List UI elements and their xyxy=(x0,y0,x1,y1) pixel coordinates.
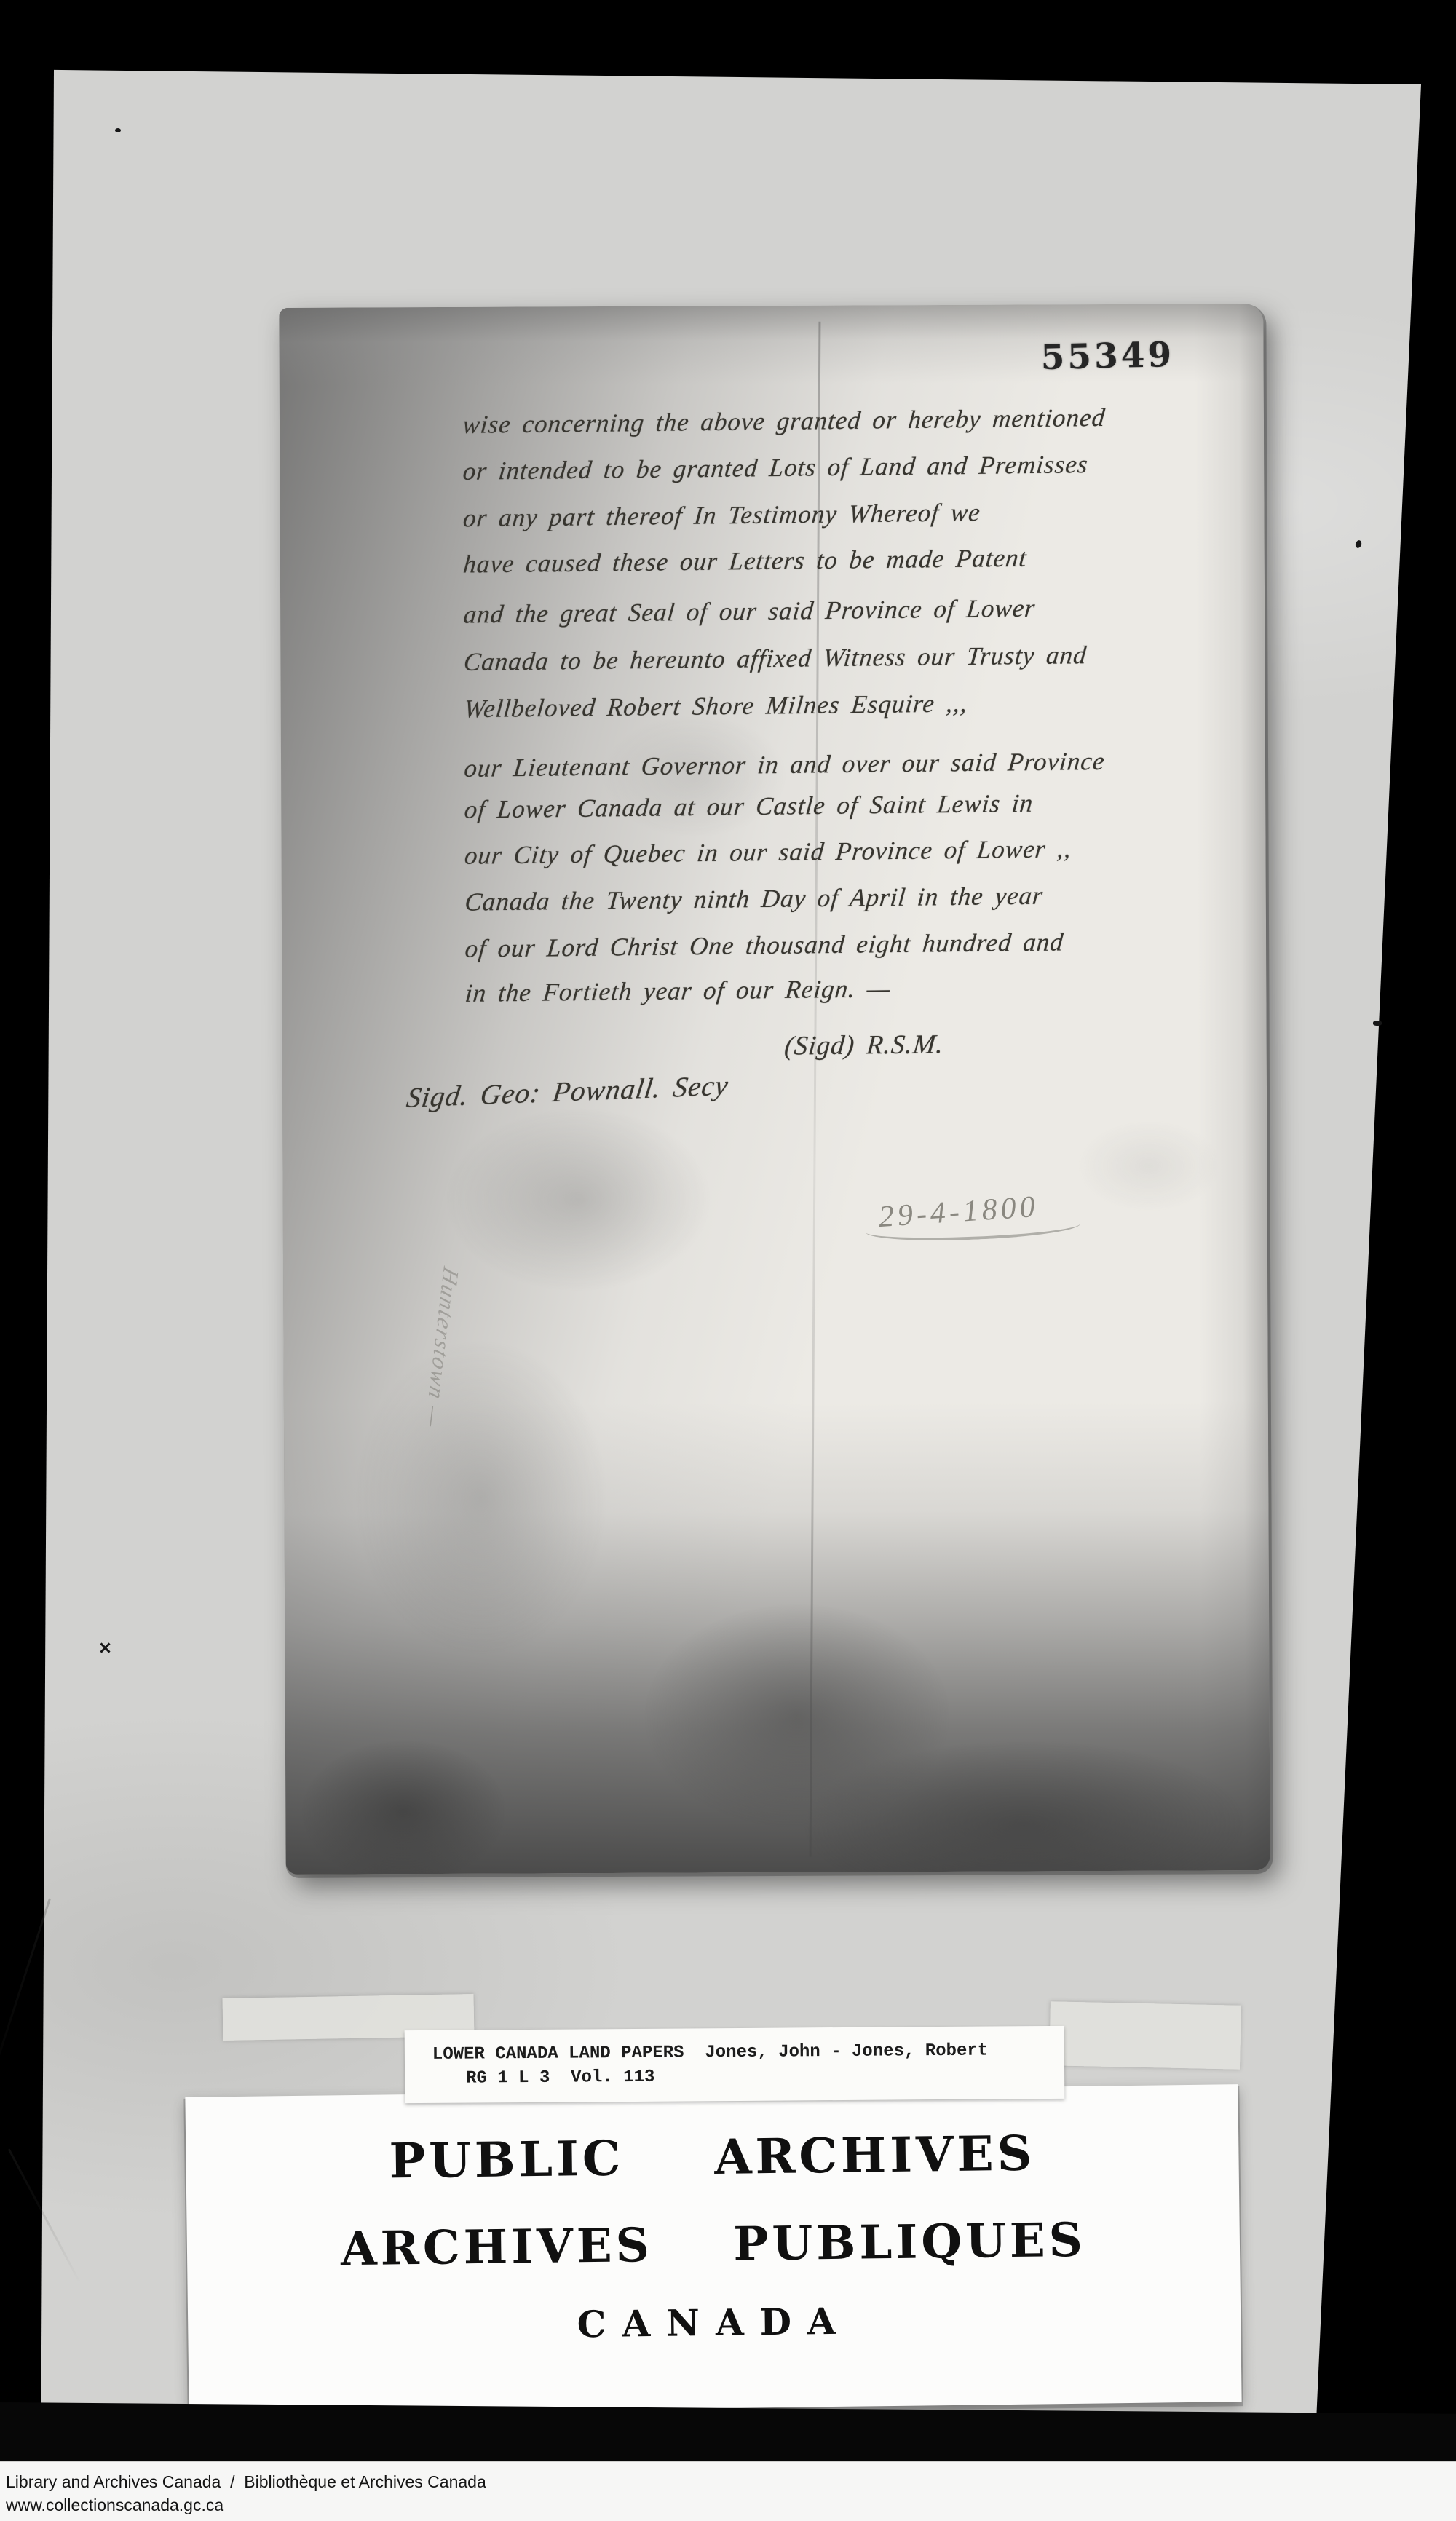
manuscript-line: or any part thereof In Testimony Whereof… xyxy=(462,498,981,533)
manuscript-line: wise concerning the above granted or her… xyxy=(462,403,1107,440)
manuscript-line: Canada the Twenty ninth Day of April in … xyxy=(464,882,1045,917)
dust-speck xyxy=(115,128,121,132)
manuscript-line: our City of Quebec in our said Province … xyxy=(463,834,1072,870)
lac-footer-institution: Library and Archives Canada / Bibliothèq… xyxy=(6,2471,1456,2493)
reference-collection-line: LOWER CANADA LAND PAPERS Jones, John - J… xyxy=(432,2041,1064,2065)
manuscript-line: Wellbeloved Robert Shore Milnes Esquire … xyxy=(463,689,969,724)
reference-volume-line: RG 1 L 3 Vol. 113 xyxy=(466,2065,1064,2089)
folio-number-stamp: 55349 xyxy=(1040,335,1175,378)
lac-footer: Library and Archives Canada / Bibliothèq… xyxy=(0,2461,1456,2521)
secretary-countersignature: Sigd. Geo: Pownall. Secy xyxy=(405,1069,731,1115)
archives-title-canada: CANADA xyxy=(188,2295,1241,2351)
manuscript-line: have caused these our Letters to be made… xyxy=(462,544,1029,579)
vertical-margin-annotation: Hunterstown — xyxy=(419,1264,464,1433)
typed-reference-label: LOWER CANADA LAND PAPERS Jones, John - J… xyxy=(405,2026,1065,2103)
manuscript-line: Canada to be hereunto affixed Witness ou… xyxy=(462,641,1088,677)
governor-initials-signature: (Sigd) R.S.M. xyxy=(783,1029,946,1061)
manuscript-line: of our Lord Christ One thousand eight hu… xyxy=(464,927,1065,963)
lac-footer-url: www.collectionscanada.gc.ca xyxy=(6,2494,1456,2516)
archives-title-french: ARCHIVES PUBLIQUES xyxy=(187,2211,1241,2279)
manuscript-page: 55349 wise concerning the above granted … xyxy=(279,304,1270,1875)
manuscript-line: in the Fortieth year of our Reign. — xyxy=(464,974,892,1008)
public-archives-card: PUBLIC ARCHIVES ARCHIVES PUBLIQUES CANAD… xyxy=(185,2084,1241,2415)
tape-piece-right xyxy=(1049,2001,1241,2069)
manuscript-line: our Lieutenant Governor in and over our … xyxy=(463,747,1107,783)
manuscript-line: of Lower Canada at our Castle of Saint L… xyxy=(463,789,1034,825)
manuscript-line: and the great Seal of our said Province … xyxy=(462,594,1037,630)
archives-title-english: PUBLIC ARCHIVES xyxy=(186,2122,1239,2192)
dust-speck xyxy=(1373,1021,1382,1026)
manuscript-line: or intended to be granted Lots of Land a… xyxy=(462,450,1089,486)
